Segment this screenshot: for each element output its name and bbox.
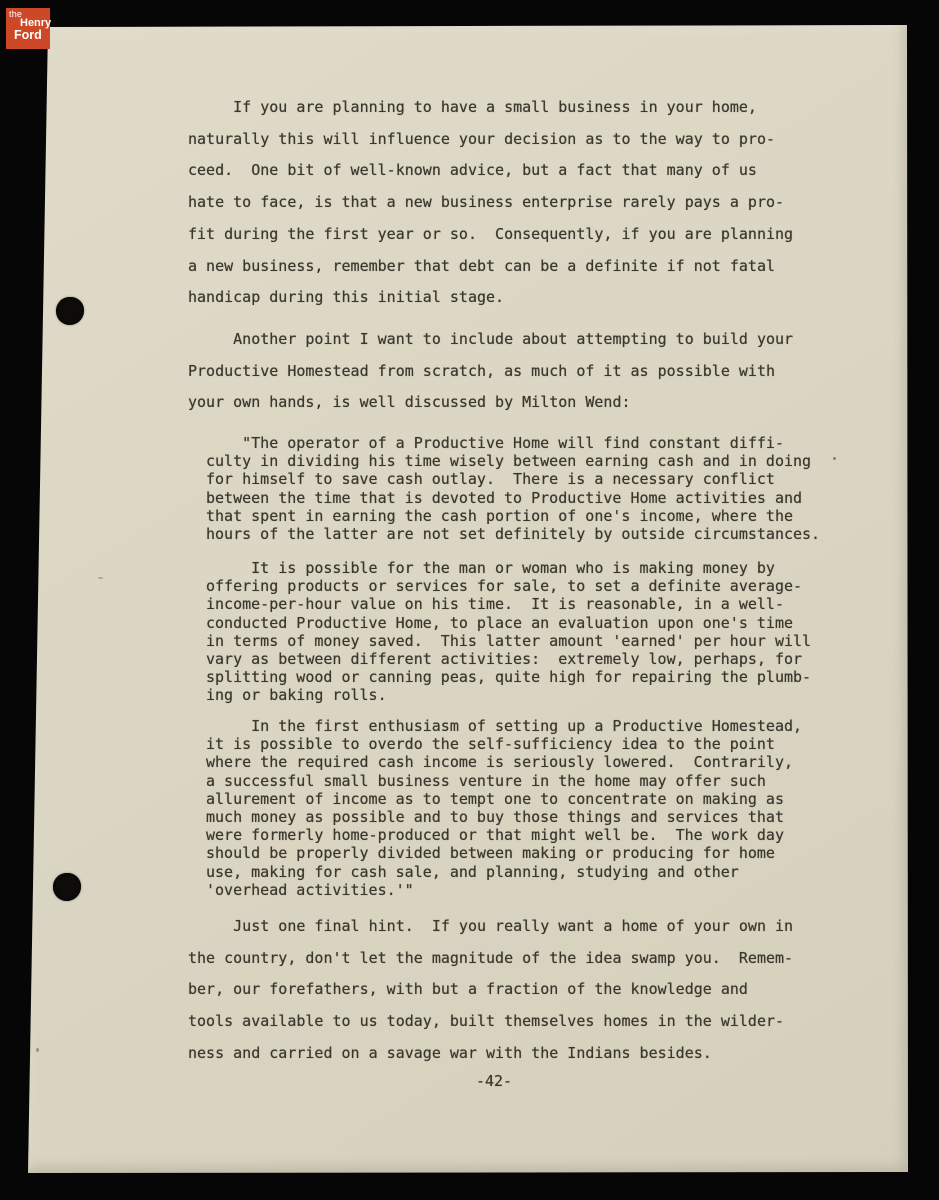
quote-income-per-hour: It is possible for the man or woman who … (206, 559, 811, 705)
logo-text-ford: Ford (14, 29, 50, 42)
henry-ford-logo: the Henry Ford (6, 8, 50, 49)
quote-operator-difficulty: "The operator of a Productive Home will … (206, 434, 820, 543)
paragraph-small-business: If you are planning to have a small busi… (188, 92, 793, 314)
page-number: -42- (188, 1072, 800, 1090)
paragraph-another-point: Another point I want to include about at… (188, 324, 793, 419)
scan-speck (36, 1048, 39, 1052)
paragraph-final-hint: Just one final hint. If you really want … (188, 911, 793, 1070)
punch-hole-top (56, 297, 84, 325)
scanned-page: If you are planning to have a small busi… (28, 25, 908, 1173)
punch-hole-bottom (53, 873, 81, 901)
scan-speck (98, 577, 103, 579)
quote-first-enthusiasm: In the first enthusiasm of setting up a … (206, 717, 802, 899)
scan-speck (833, 457, 836, 460)
